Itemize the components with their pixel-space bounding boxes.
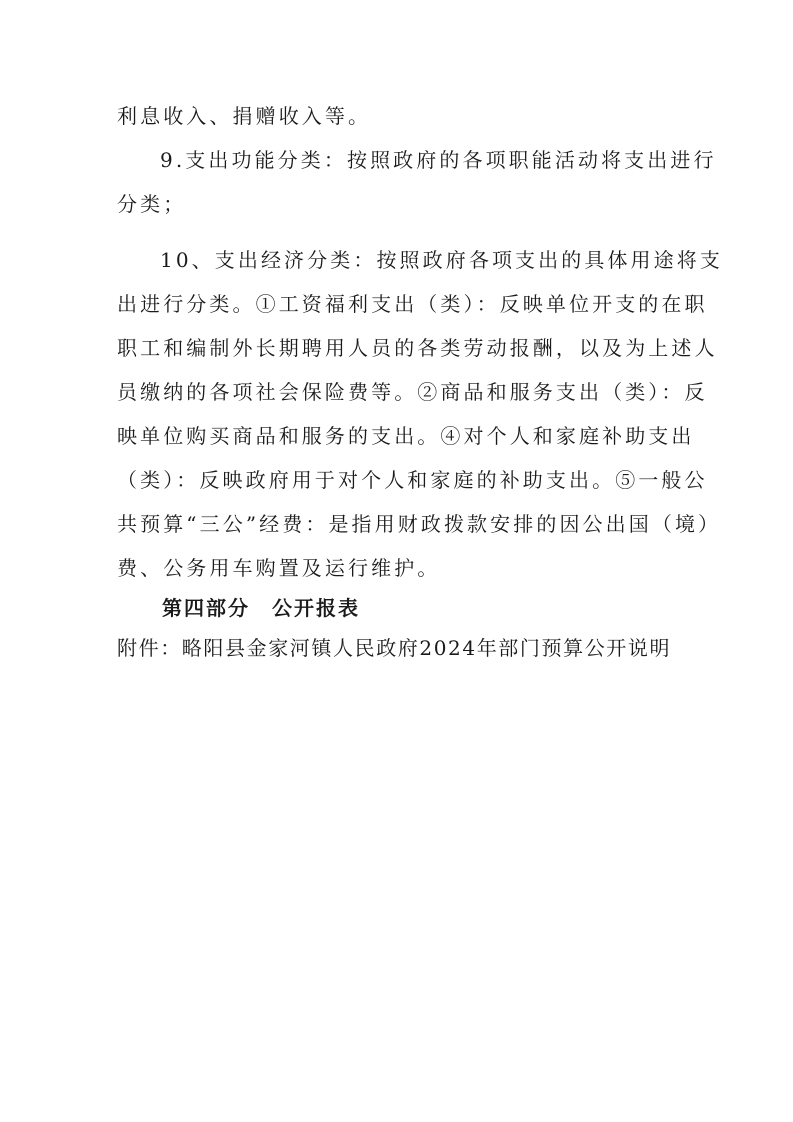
paragraph-item-10-line-4: 员缴纳的各项社会保险费等。②商品和服务支出（类）：反 [117,380,697,404]
paragraph-item-10-line-1: 10、支出经济分类：按照政府各项支出的具体用途将支 [160,248,740,272]
attachment-line: 附件：略阳县金家河镇人民政府2024年部门预算公开说明 [117,636,697,660]
paragraph-item-10-line-2: 出进行分类。①工资福利支出（类）：反映单位开支的在职 [117,292,697,316]
paragraph-income-continued-line: 利息收入、捐赠收入等。 [117,104,697,128]
paragraph-item-10-line-7: 共预算“三公”经费：是指用财政拨款安排的因公出国（境） [117,512,697,536]
paragraph-item-9-line-2: 分类； [117,192,697,216]
paragraph-item-10-line-8: 费、公务用车购置及运行维护。 [117,556,697,580]
section-heading: 第四部分 公开报表 [162,596,742,620]
paragraph-item-10-line-3: 职工和编制外长期聘用人员的各类劳动报酬，以及为上述人 [117,336,697,360]
paragraph-item-10-line-6: （类）：反映政府用于对个人和家庭的补助支出。⑤一般公 [117,468,697,492]
document-page: 利息收入、捐赠收入等。 9.支出功能分类：按照政府的各项职能活动将支出进行 分类… [0,0,793,1122]
paragraph-item-9-line-1: 9.支出功能分类：按照政府的各项职能活动将支出进行 [160,148,740,172]
paragraph-item-10-line-5: 映单位购买商品和服务的支出。④对个人和家庭补助支出 [117,424,697,448]
